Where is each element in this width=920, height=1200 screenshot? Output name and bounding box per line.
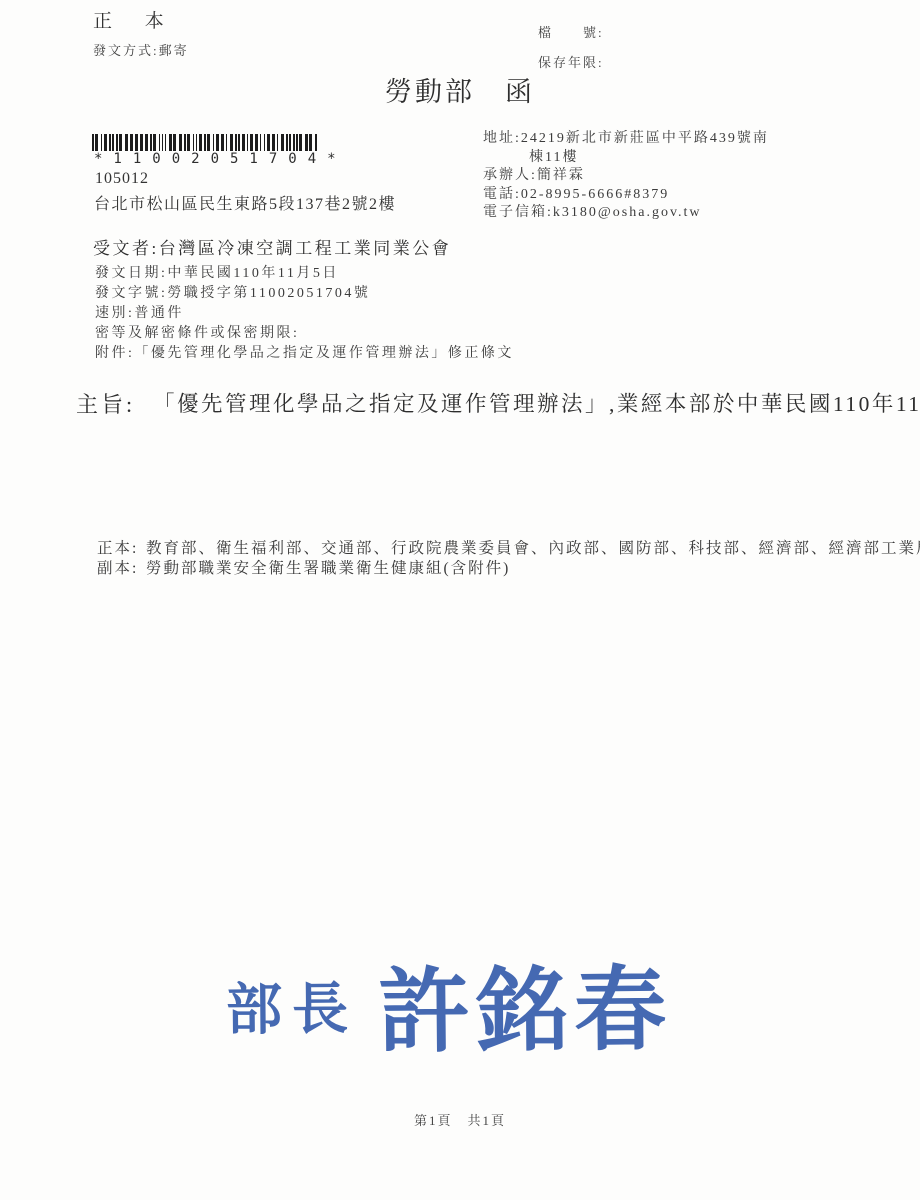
sender-contact-block: 地址:24219新北市新莊區中平路439號南 棟11樓 承辦人:簡祥霖 電話:0… xyxy=(483,130,769,223)
delivery-method-label: 發文方式:郵寄 xyxy=(93,40,189,59)
original-copy-label: 正本: xyxy=(97,539,146,559)
sender-contact-person: 承辦人:簡祥霖 xyxy=(483,167,769,186)
original-copy-row: 正本: 教育部、衛生福利部、交通部、行政院農業委員會、內政部、國防部、科技部、經… xyxy=(97,539,760,559)
barcode-bars-icon xyxy=(92,134,350,151)
document-meta-block: 發文日期:中華民國110年11月5日 發文字號:勞職授字第11002051704… xyxy=(95,264,514,364)
carbon-copy-label: 副本: xyxy=(97,559,146,579)
security-line: 密等及解密條件或保密期限: xyxy=(95,324,514,344)
document-title: 勞動部 函 xyxy=(0,70,920,109)
priority-line: 速別:普通件 xyxy=(95,304,514,324)
official-letter-page: 正 本 發文方式:郵寄 檔 號: 保存年限: 勞動部 函 *1100205170… xyxy=(0,0,920,1200)
recipient-zipcode: 105012 xyxy=(95,170,149,188)
doc-number-line: 發文字號:勞職授字第11002051704號 xyxy=(95,284,514,304)
carbon-copy-row: 副本: 勞動部職業安全衛生署職業衛生健康組(含附件) xyxy=(97,559,760,579)
page-number-footer: 第1頁 共1頁 xyxy=(0,1110,920,1129)
issue-date-line: 發文日期:中華民國110年11月5日 xyxy=(95,264,514,284)
minister-signature-stamp: 部長 許銘春 xyxy=(225,936,672,1072)
subject-block: 主旨: 「優先管理化學品之指定及運作管理辦法」,業經本部於中華民國110年11月… xyxy=(76,386,813,424)
minister-title: 部長 xyxy=(226,965,359,1046)
original-copy-list: 教育部、衛生福利部、交通部、行政院農業委員會、內政部、國防部、科技部、經濟部、經… xyxy=(146,539,760,559)
attachment-line: 附件:「優先管理化學品之指定及運作管理辦法」修正條文 xyxy=(95,344,514,364)
copy-type-label: 正 本 xyxy=(93,6,178,33)
subject-label: 主旨: xyxy=(76,386,153,424)
subject-body: 「優先管理化學品之指定及運作管理辦法」,業經本部於中華民國110年11月5日以勞… xyxy=(153,386,813,424)
file-number-label: 檔 號: xyxy=(538,22,604,41)
minister-name: 許銘春 xyxy=(377,936,672,1071)
recipient-line: 受文者:台灣區冷凍空調工程工業同業公會 xyxy=(93,234,451,259)
recipient-street-address: 台北市松山區民生東路5段137巷2號2樓 xyxy=(94,191,396,214)
sender-phone: 電話:02-8995-6666#8379 xyxy=(483,186,769,205)
carbon-copy-list: 勞動部職業安全衛生署職業衛生健康組(含附件) xyxy=(146,559,760,579)
barcode-value: *11002051704* xyxy=(92,151,352,167)
distribution-block: 正本: 教育部、衛生福利部、交通部、行政院農業委員會、內政部、國防部、科技部、經… xyxy=(97,539,760,578)
retention-period-label: 保存年限: xyxy=(538,52,604,71)
barcode: *11002051704* xyxy=(92,134,350,167)
sender-address-line1: 地址:24219新北市新莊區中平路439號南 xyxy=(483,130,769,149)
sender-email: 電子信箱:k3180@osha.gov.tw xyxy=(483,204,769,223)
sender-address-line2: 棟11樓 xyxy=(483,149,769,168)
